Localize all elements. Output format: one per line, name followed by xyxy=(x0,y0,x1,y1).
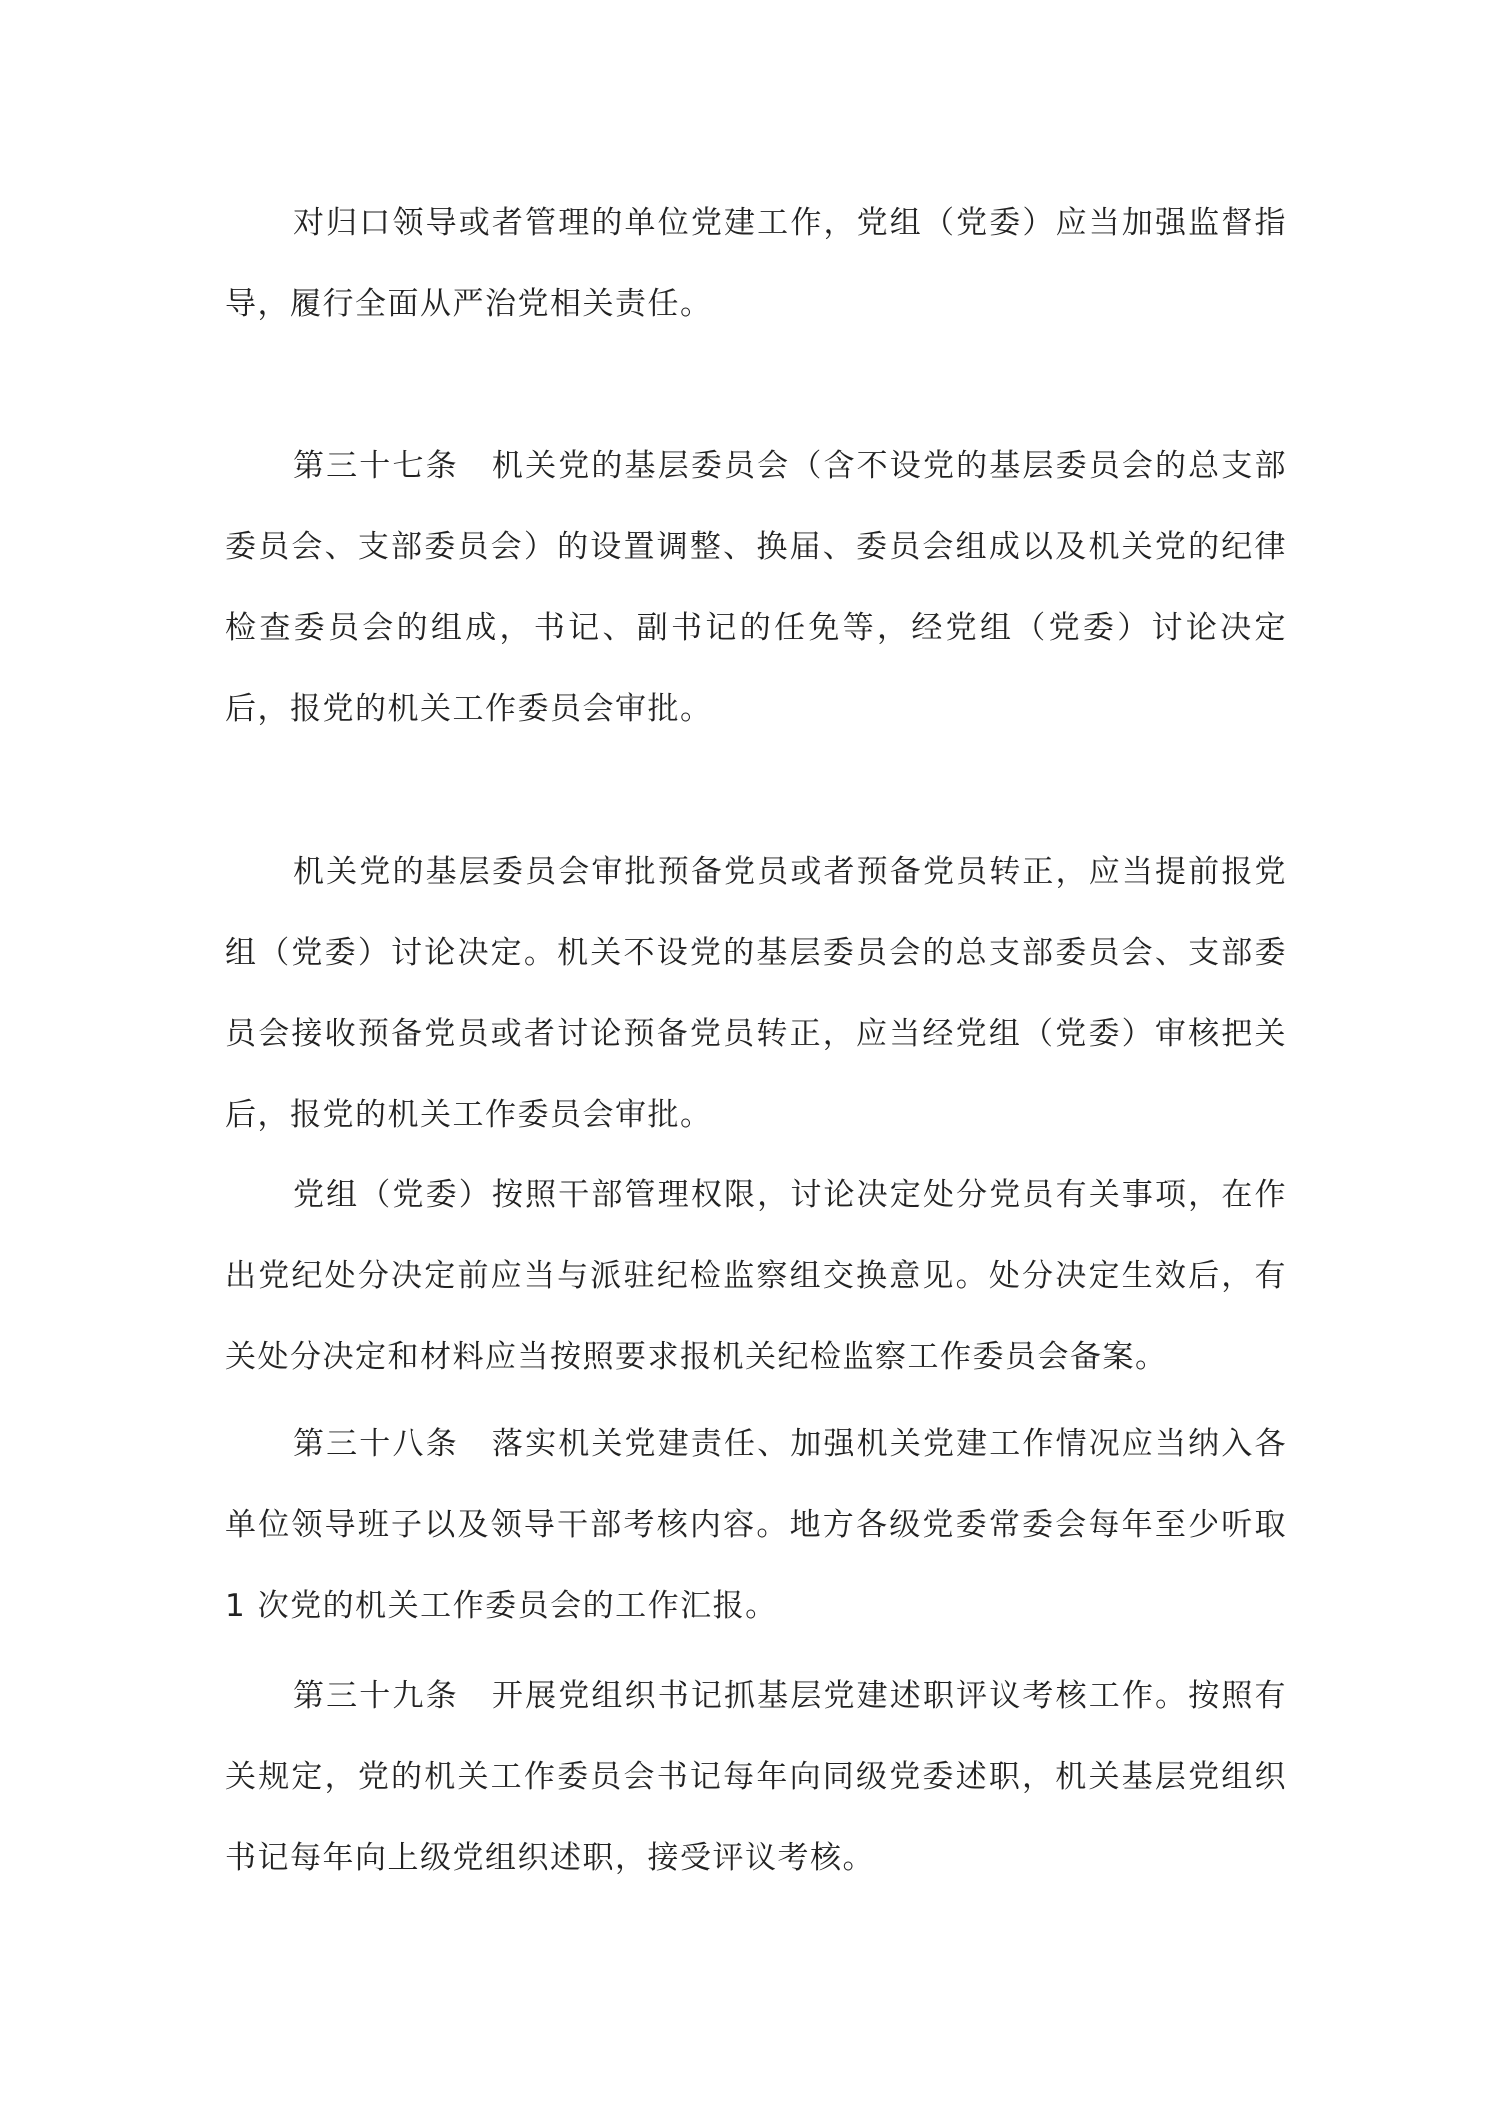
paragraph-disciplinary-matters: 党组（党委）按照干部管理权限，讨论决定处分党员有关事项，在作出党纪处分决定前应当… xyxy=(225,1155,1287,1398)
paragraph-oversight-duty: 对归口领导或者管理的单位党建工作，党组（党委）应当加强监督指导，履行全面从严治党… xyxy=(225,183,1287,345)
paragraph-article-38: 第三十八条 落实机关党建责任、加强机关党建工作情况应当纳入各单位领导班子以及领导… xyxy=(225,1404,1287,1647)
paragraph-article-39: 第三十九条 开展党组织书记抓基层党建述职评议考核工作。按照有关规定，党的机关工作… xyxy=(225,1656,1287,1899)
paragraph-probationary-members: 机关党的基层委员会审批预备党员或者预备党员转正，应当提前报党组（党委）讨论决定。… xyxy=(225,832,1287,1156)
paragraph-article-37: 第三十七条 机关党的基层委员会（含不设党的基层委员会的总支部委员会、支部委员会）… xyxy=(225,426,1287,750)
